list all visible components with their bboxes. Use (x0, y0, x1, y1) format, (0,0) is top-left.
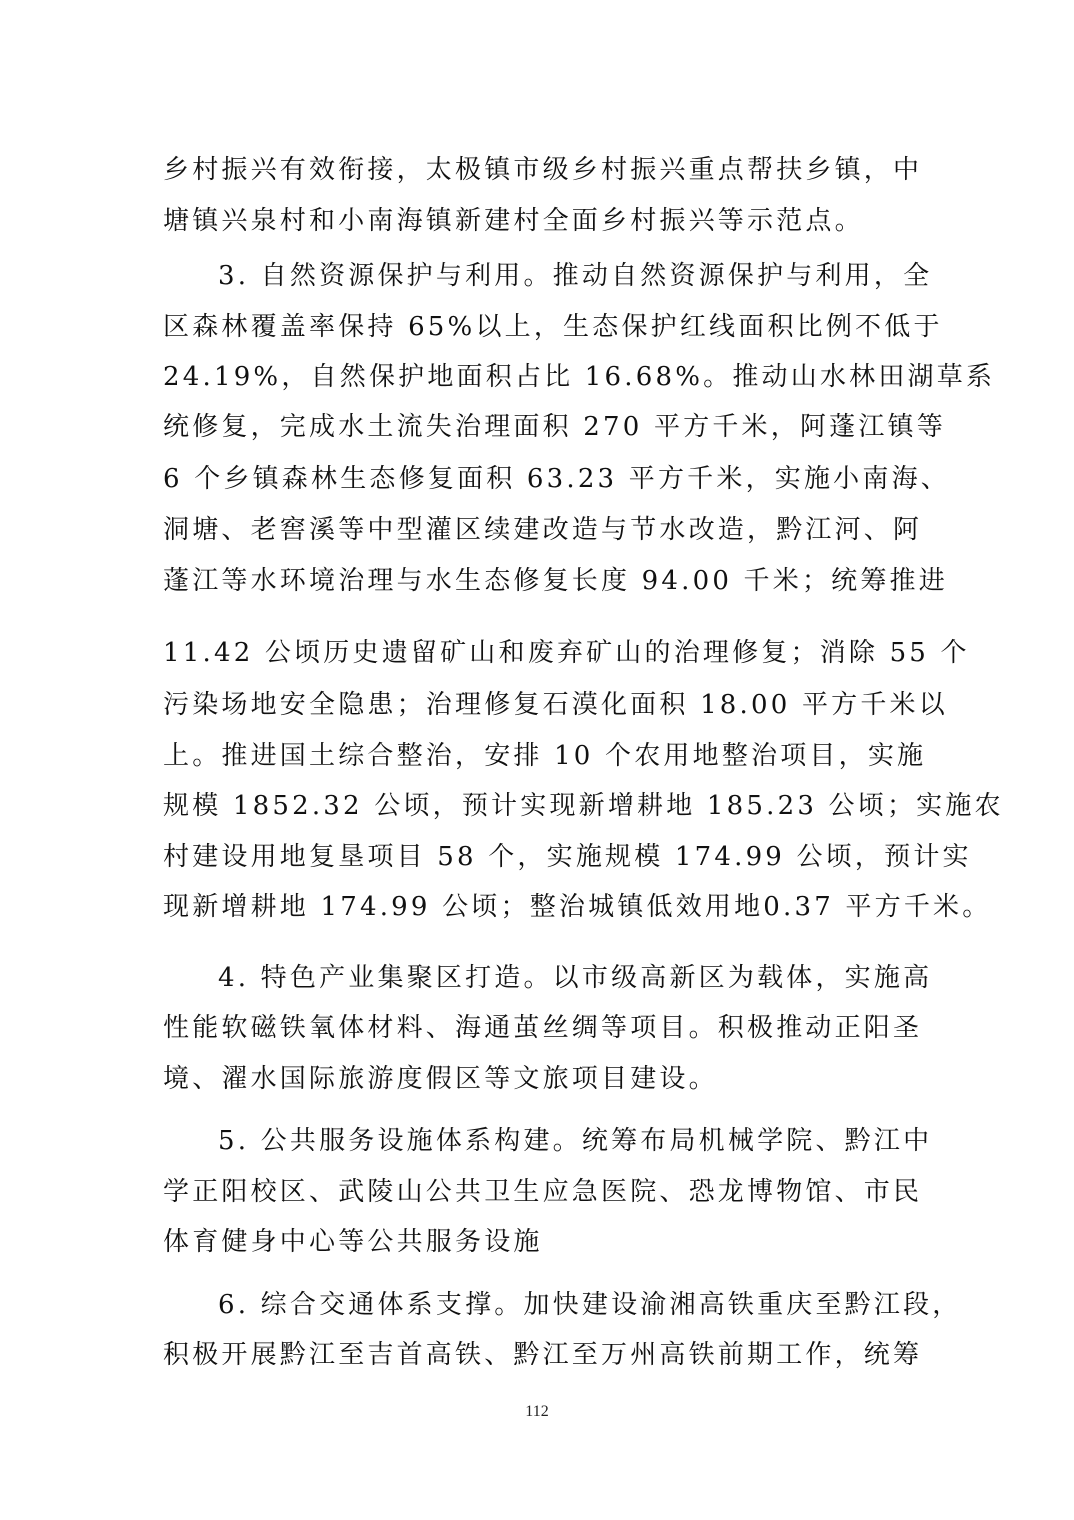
paragraph-line: 体育健身中心等公共服务设施 (163, 1225, 911, 1259)
paragraph-line: 污染场地安全隐患；治理修复石漠化面积 18.00 平方千米以 (163, 688, 911, 722)
section-4-heading-line: 4. 特色产业集聚区打造。以市级高新区为载体，实施高 (218, 961, 911, 995)
paragraph-line: 村建设用地复垦项目 58 个，实施规模 174.99 公顷，预计实 (163, 840, 911, 874)
paragraph-line: 现新增耕地 174.99 公顷；整治城镇低效用地0.37 平方千米。 (163, 890, 911, 924)
paragraph-line: 境、濯水国际旅游度假区等文旅项目建设。 (163, 1062, 911, 1096)
paragraph-line: 积极开展黔江至吉首高铁、黔江至万州高铁前期工作，统筹 (163, 1338, 911, 1372)
paragraph-line: 性能软磁铁氧体材料、海通茧丝绸等项目。积极推动正阳圣 (163, 1011, 911, 1045)
paragraph-line: 上。推进国土综合整治，安排 10 个农用地整治项目，实施 (163, 739, 911, 773)
paragraph-line: 乡村振兴有效衔接，太极镇市级乡村振兴重点帮扶乡镇，中 (163, 153, 911, 187)
paragraph-line: 11.42 公顷历史遗留矿山和废弃矿山的治理修复；消除 55 个 (163, 636, 911, 670)
document-page: 乡村振兴有效衔接，太极镇市级乡村振兴重点帮扶乡镇，中 塘镇兴泉村和小南海镇新建村… (0, 0, 1074, 1520)
paragraph-line: 规模 1852.32 公顷，预计实现新增耕地 185.23 公顷；实施农 (163, 789, 911, 823)
section-5-heading-line: 5. 公共服务设施体系构建。统筹布局机械学院、黔江中 (218, 1124, 911, 1158)
paragraph-line: 24.19%，自然保护地面积占比 16.68%。推动山水林田湖草系 (163, 360, 911, 394)
paragraph-line: 蓬江等水环境治理与水生态修复长度 94.00 千米；统筹推进 (163, 564, 911, 598)
paragraph-line: 统修复，完成水土流失治理面积 270 平方千米，阿蓬江镇等 (163, 410, 911, 444)
paragraph-line: 洞塘、老窖溪等中型灌区续建改造与节水改造，黔江河、阿 (163, 513, 911, 547)
paragraph-line: 6 个乡镇森林生态修复面积 63.23 平方千米，实施小南海、 (163, 462, 911, 496)
paragraph-line: 塘镇兴泉村和小南海镇新建村全面乡村振兴等示范点。 (163, 204, 911, 238)
paragraph-line: 学正阳校区、武陵山公共卫生应急医院、恐龙博物馆、市民 (163, 1175, 911, 1209)
page-number: 112 (0, 1403, 1074, 1421)
section-3-heading-line: 3. 自然资源保护与利用。推动自然资源保护与利用，全 (218, 259, 911, 293)
section-6-heading-line: 6. 综合交通体系支撑。加快建设渝湘高铁重庆至黔江段， (218, 1288, 911, 1322)
paragraph-line: 区森林覆盖率保持 65%以上，生态保护红线面积比例不低于 (163, 310, 911, 344)
